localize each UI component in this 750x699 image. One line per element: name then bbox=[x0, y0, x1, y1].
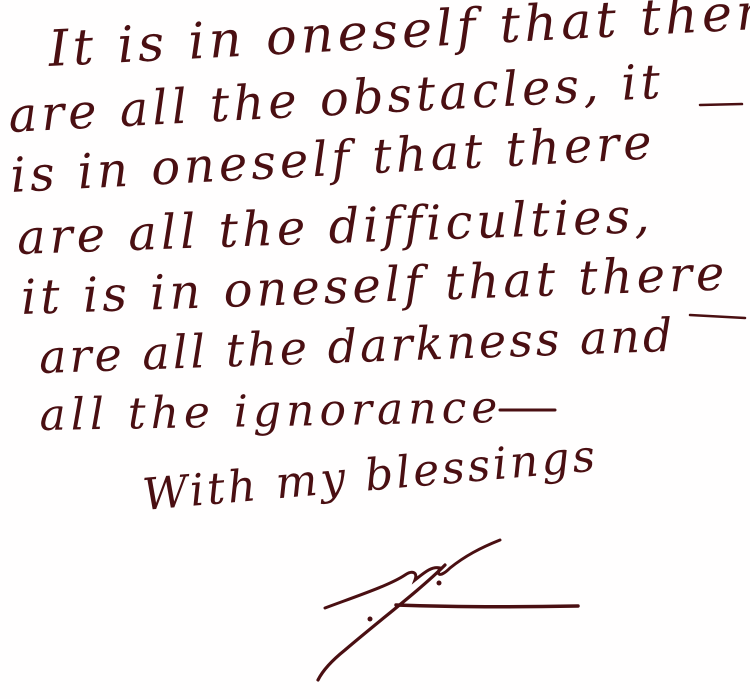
handwritten-note-page: It is in oneself that there are all the … bbox=[0, 0, 750, 699]
signature-icon bbox=[0, 0, 750, 699]
